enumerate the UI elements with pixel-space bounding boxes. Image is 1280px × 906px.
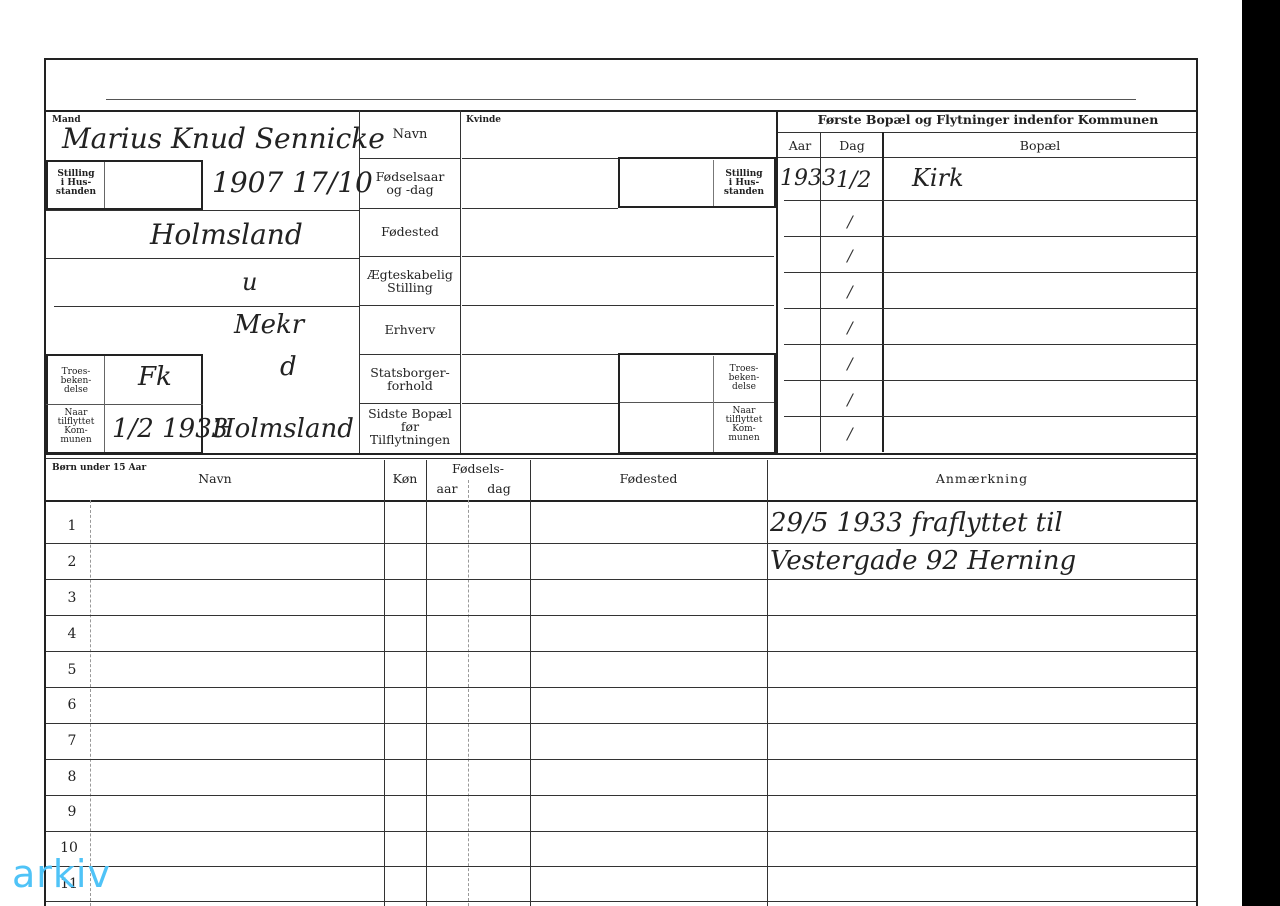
row-line xyxy=(54,306,359,307)
moves-col-dag: Dag xyxy=(822,139,882,152)
moves-row1-dag: 1/2 xyxy=(836,168,871,193)
row-line xyxy=(462,403,618,404)
divider-labels-woman xyxy=(460,110,461,454)
row-line xyxy=(360,354,460,355)
label-statsborger: Statsborger- forhold xyxy=(362,366,458,392)
row-number: 9 xyxy=(52,804,92,820)
children-col-kon: Køn xyxy=(385,472,425,485)
row-line xyxy=(462,354,618,355)
moves-row4-dag: / xyxy=(840,282,860,301)
label-line: munen xyxy=(60,435,91,445)
moves-row7-dag: / xyxy=(840,390,860,409)
row-line xyxy=(784,380,1196,381)
row-line xyxy=(784,200,1196,201)
moves-row8-dag: / xyxy=(840,424,860,443)
label-line: Tilflytningen xyxy=(370,432,450,447)
woman-stilling-divider xyxy=(713,160,714,206)
row-line xyxy=(784,416,1196,417)
man-troes-label: Troes- beken- delse xyxy=(50,368,102,395)
man-name: Marius Knud Sennicke xyxy=(62,122,385,155)
children-col-dag: dag xyxy=(469,482,529,495)
man-occupation: Mekr xyxy=(234,310,304,340)
row-line xyxy=(360,158,460,159)
row-line xyxy=(46,543,1196,544)
man-birth: 1907 17/10 xyxy=(212,166,373,199)
man-marital-status: u xyxy=(242,268,257,296)
moves-row5-dag: / xyxy=(840,318,860,337)
row-line xyxy=(46,901,1196,902)
label-sidste-bopael: Sidste Bopæl før Tilflytningen xyxy=(362,407,458,446)
row-line xyxy=(46,579,1196,580)
row-number: 7 xyxy=(52,733,92,749)
children-col-fodested: Fødested xyxy=(531,472,766,485)
man-moved-in: 1/2 1933 xyxy=(112,414,228,444)
row-number: 5 xyxy=(52,662,92,678)
row-line xyxy=(360,305,460,306)
moves-title: Første Bopæl og Flytninger indenfor Komm… xyxy=(780,113,1196,126)
moves-row6-dag: / xyxy=(840,354,860,373)
moves-col-aar: Aar xyxy=(780,139,820,152)
man-naar-label: Naar tilflyttet Kom- munen xyxy=(50,409,102,445)
row-line xyxy=(784,272,1196,273)
row-line xyxy=(778,157,1196,158)
row-line xyxy=(46,615,1196,616)
section-divider xyxy=(46,453,1196,455)
row-line xyxy=(620,402,774,403)
label-navn: Navn xyxy=(362,128,458,141)
man-stilling-divider xyxy=(104,162,105,208)
label-line: og -dag xyxy=(386,182,433,197)
row-line xyxy=(46,258,359,259)
children-divider-anmaerkning xyxy=(767,460,768,906)
row-number: 6 xyxy=(52,697,92,713)
row-line xyxy=(462,208,618,209)
label-line: munen xyxy=(728,433,759,443)
children-col-fodsels: Fødsels- xyxy=(427,462,529,475)
row-number: 3 xyxy=(52,590,92,606)
row-line xyxy=(46,795,1196,796)
man-birthplace: Holmsland xyxy=(150,218,303,251)
woman-troes-divider xyxy=(713,356,714,452)
children-col-aar: aar xyxy=(427,482,467,495)
row-number: 1 xyxy=(52,518,92,534)
label-line: delse xyxy=(732,382,756,392)
row-line xyxy=(360,403,460,404)
arkiv-watermark: arkiv xyxy=(12,852,111,896)
moves-row1-aar: 1933 xyxy=(780,166,836,191)
children-divider-kon xyxy=(384,460,385,906)
children-col-navn: Navn xyxy=(90,472,340,485)
woman-label: Kvinde xyxy=(466,116,501,125)
man-previous-residence: Holmsland xyxy=(212,414,354,444)
row-line xyxy=(46,759,1196,760)
row-line xyxy=(778,132,1196,133)
row-number: 2 xyxy=(52,554,92,570)
woman-troes-label: Troes- beken- delse xyxy=(716,365,772,392)
row-line xyxy=(46,651,1196,652)
row-number: 8 xyxy=(52,769,92,785)
scan-edge xyxy=(1242,0,1280,906)
children-header-line xyxy=(46,500,1196,502)
moves-row1-bopael: Kirk xyxy=(912,164,964,192)
remark-line-2: Vestergade 92 Herning xyxy=(770,546,1076,576)
man-stilling-label: Stilling i Hus- standen xyxy=(50,170,102,197)
woman-naar-label: Naar tilflyttet Kom- munen xyxy=(716,407,772,443)
row-line xyxy=(360,256,460,257)
row-line xyxy=(360,208,460,209)
label-aegteskabelig: Ægteskabelig Stilling xyxy=(362,268,458,294)
form-right-border xyxy=(1196,58,1198,906)
label-line: standen xyxy=(56,187,96,197)
row-line xyxy=(784,236,1196,237)
row-line xyxy=(46,404,203,405)
man-religion: Fk xyxy=(138,362,172,392)
children-divider-fodsels xyxy=(426,460,427,906)
woman-stilling-label: Stilling i Hus- standen xyxy=(716,170,772,197)
label-fodested: Fødested xyxy=(362,225,458,238)
row-line xyxy=(46,210,359,211)
row-number: 4 xyxy=(52,626,92,642)
row-line xyxy=(46,723,1196,724)
moves-col-bopael: Bopæl xyxy=(884,139,1196,152)
children-divider-fodested xyxy=(530,460,531,906)
divider-woman-moves xyxy=(776,110,778,454)
label-line: delse xyxy=(64,385,88,395)
label-line: forhold xyxy=(387,378,433,393)
label-fodselsaar: Fødselsaar og -dag xyxy=(362,170,458,196)
moves-row2-dag: / xyxy=(840,212,860,231)
form-top-border xyxy=(44,58,1198,60)
row-line xyxy=(462,256,774,257)
moves-row3-dag: / xyxy=(840,246,860,265)
row-line xyxy=(46,866,1196,867)
label-line: standen xyxy=(724,187,764,197)
row-line xyxy=(784,344,1196,345)
label-line: Stilling xyxy=(387,280,433,295)
remark-line-1: 29/5 1933 fraflyttet til xyxy=(770,508,1063,538)
row-line xyxy=(46,687,1196,688)
row-line xyxy=(784,308,1196,309)
row-line xyxy=(462,305,774,306)
moves-divider-dag xyxy=(882,132,884,452)
section-divider-2 xyxy=(46,458,1196,459)
label-erhverv: Erhverv xyxy=(362,323,458,336)
children-col-anmaerkning: Anmærkning xyxy=(768,472,1196,485)
man-troes-divider xyxy=(104,356,105,452)
row-line xyxy=(46,831,1196,832)
row-line xyxy=(462,158,618,159)
header-line xyxy=(106,99,1136,100)
man-citizenship: d xyxy=(280,352,297,382)
